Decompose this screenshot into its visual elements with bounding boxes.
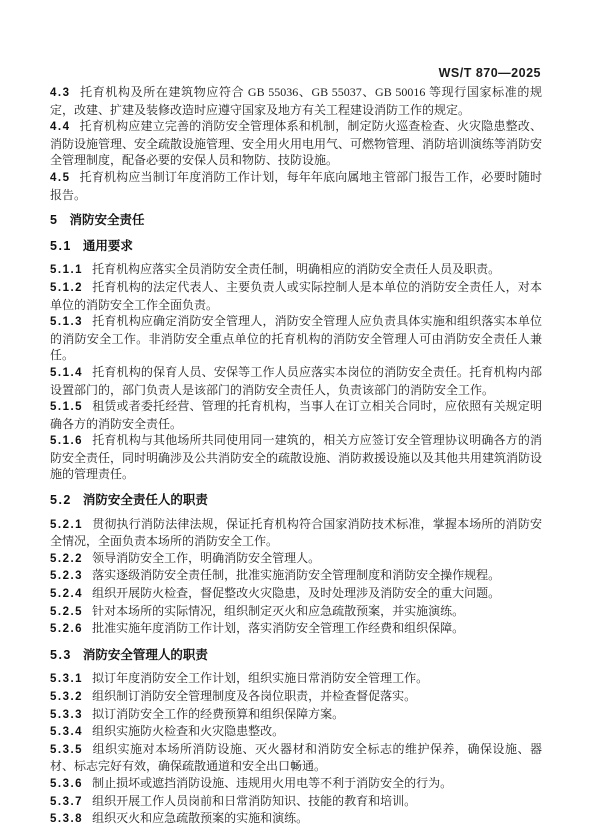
clause-5-3-4: 5.3.4组织实施防火检查和火灾隐患整改。: [50, 723, 542, 741]
clause-text: 托育机构应落实全员消防安全责任制，明确相应的消防安全责任人员及职责。: [92, 262, 500, 276]
clause-text: 拟订消防安全工作的经费预算和组织保障方案。: [92, 707, 344, 721]
clause-number: 5.2.4: [50, 588, 83, 600]
clause-number: 5.3.3: [50, 709, 83, 721]
clause-number: 4.3: [50, 87, 71, 99]
clause-5-1-2: 5.1.2托育机构的法定代表人、主要负责人或实际控制人是本单位的消防安全责任人，…: [50, 279, 542, 313]
clause-5-2-4: 5.2.4组织开展防火检查，督促整改火灾隐患，及时处理涉及消防安全的重大问题。: [50, 585, 542, 603]
clause-text: 组织实施防火检查和火灾隐患整改。: [92, 724, 284, 738]
heading-number: 5.3: [50, 648, 72, 662]
clause-text: 领导消防安全工作，明确消防安全管理人。: [92, 551, 320, 565]
clause-5-3-3: 5.3.3拟订消防安全工作的经费预算和组织保障方案。: [50, 706, 542, 724]
clause-number: 5.3.4: [50, 726, 83, 738]
clause-number: 5.3.5: [50, 744, 83, 756]
clause-text: 落实逐级消防安全责任制，批准实施消防安全管理制度和消防安全操作规程。: [92, 568, 500, 582]
clause-text: 贯彻执行消防法律法规，保证托育机构符合国家消防技术标准，掌握本场所的消防安全情况…: [50, 517, 542, 549]
section-heading-5: 5消防安全责任: [50, 212, 542, 229]
heading-number: 5.2: [50, 493, 72, 507]
page-footer: 2: [0, 756, 591, 774]
clause-text: 托育机构的法定代表人、主要负责人或实际控制人是本单位的消防安全责任人，对本单位的…: [50, 280, 542, 312]
clause-text: 制止损坏或遮挡消防设施、违规用火用电等不利于消防安全的行为。: [92, 776, 452, 790]
clause-5-1-5: 5.1.5租赁或者委托经营、管理的托育机构，当事人在订立相关合同时，应依照有关规…: [50, 398, 542, 432]
clause-4-4: 4.4托育机构应建立完善的消防安全管理体系和机制，制定防火巡查检查、火灾隐患整改…: [50, 118, 542, 169]
clause-text: 托育机构与其他场所共同使用同一建筑的，相关方应签订安全管理协议明确各方的消防安全…: [50, 433, 542, 481]
subsection-heading-5-2: 5.2消防安全责任人的职责: [50, 492, 542, 509]
heading-text: 消防安全管理人的职责: [83, 648, 208, 662]
clause-number: 5.1.1: [50, 264, 83, 276]
subsection-heading-5-1: 5.1通用要求: [50, 238, 542, 255]
clause-text: 针对本场所的实际情况，组织制定灭火和应急疏散预案，并实施演练。: [92, 604, 464, 618]
clause-5-1-6: 5.1.6托育机构与其他场所共同使用同一建筑的，相关方应签订安全管理协议明确各方…: [50, 432, 542, 483]
clause-text: 租赁或者委托经营、管理的托育机构，当事人在订立相关合同时，应依照有关规定明确各方…: [50, 399, 542, 431]
clause-number: 5.1.3: [50, 316, 83, 328]
clause-number: 5.1.6: [50, 435, 83, 447]
heading-text: 通用要求: [83, 239, 133, 253]
heading-text: 消防安全责任人的职责: [83, 493, 208, 507]
clause-number: 5.2.3: [50, 570, 83, 582]
clause-number: 5.1.4: [50, 367, 83, 379]
clause-text: 托育机构应确定消防安全管理人，消防安全管理人应负责具体实施和组织落实本单位的消防…: [50, 314, 542, 362]
heading-number: 5.1: [50, 239, 72, 253]
clause-number: 4.5: [50, 172, 71, 184]
standard-number: WS/T 870—2025: [439, 66, 541, 80]
clause-text: 组织制订消防安全管理制度及各岗位职责，并检查督促落实。: [92, 689, 416, 703]
clause-text: 托育机构应建立完善的消防安全管理体系和机制，制定防火巡查检查、火灾隐患整改、消防…: [50, 119, 542, 167]
clause-4-3: 4.3托育机构及所在建筑物应符合 GB 55036、GB 55037、GB 50…: [50, 84, 542, 118]
clause-4-5: 4.5托育机构应当制订年度消防工作计划，每年年底向属地主管部门报告工作，必要时随…: [50, 169, 542, 203]
clause-5-3-1: 5.3.1拟订年度消防安全工作计划，组织实施日常消防安全管理工作。: [50, 670, 542, 688]
clause-text: 批准实施年度消防工作计划，落实消防安全管理工作经费和组织保障。: [92, 621, 464, 635]
clause-text: 托育机构及所在建筑物应符合 GB 55036、GB 55037、GB 50016…: [50, 85, 542, 117]
clause-5-3-2: 5.3.2组织制订消防安全管理制度及各岗位职责，并检查督促落实。: [50, 688, 542, 706]
page-header: WS/T 870—2025: [50, 64, 541, 82]
clause-text: 拟订年度消防安全工作计划，组织实施日常消防安全管理工作。: [92, 671, 428, 685]
clause-number: 5.2.6: [50, 623, 83, 635]
clause-text: 托育机构的保育人员、安保等工作人员应落实本岗位的消防安全责任。托育机构内部设置部…: [50, 365, 542, 397]
subsection-heading-5-3: 5.3消防安全管理人的职责: [50, 647, 542, 664]
clause-number: 5.3.1: [50, 673, 83, 685]
clause-number: 5.3.7: [50, 796, 83, 808]
heading-number: 5: [50, 213, 58, 227]
page-number: 2: [293, 760, 299, 772]
clause-number: 5.1.5: [50, 401, 83, 413]
clause-number: 5.2.5: [50, 606, 83, 618]
clause-5-1-1: 5.1.1托育机构应落实全员消防安全责任制，明确相应的消防安全责任人员及职责。: [50, 261, 542, 279]
clause-5-2-1: 5.2.1贯彻执行消防法律法规，保证托育机构符合国家消防技术标准，掌握本场所的消…: [50, 516, 542, 550]
clause-text: 托育机构应当制订年度消防工作计划，每年年底向属地主管部门报告工作，必要时随时报告…: [50, 170, 542, 202]
clause-5-3-6: 5.3.6制止损坏或遮挡消防设施、违规用火用电等不利于消防安全的行为。: [50, 775, 542, 793]
clause-5-3-7: 5.3.7组织开展工作人员岗前和日常消防知识、技能的教育和培训。: [50, 793, 542, 811]
clause-number: 5.1.2: [50, 282, 83, 294]
clause-5-1-3: 5.1.3托育机构应确定消防安全管理人，消防安全管理人应负责具体实施和组织落实本…: [50, 313, 542, 364]
clause-number: 5.3.8: [50, 813, 83, 825]
clause-text: 组织开展工作人员岗前和日常消防知识、技能的教育和培训。: [92, 794, 416, 808]
clause-number: 5.3.2: [50, 691, 83, 703]
clause-5-2-2: 5.2.2领导消防安全工作，明确消防安全管理人。: [50, 550, 542, 568]
clause-text: 组织开展防火检查，督促整改火灾隐患，及时处理涉及消防安全的重大问题。: [92, 586, 500, 600]
clause-5-2-6: 5.2.6批准实施年度消防工作计划，落实消防安全管理工作经费和组织保障。: [50, 620, 542, 638]
clause-5-1-4: 5.1.4托育机构的保育人员、安保等工作人员应落实本岗位的消防安全责任。托育机构…: [50, 364, 542, 398]
document-page: WS/T 870—2025 4.3托育机构及所在建筑物应符合 GB 55036、…: [0, 0, 591, 832]
clause-number: 4.4: [50, 121, 71, 133]
document-body: 4.3托育机构及所在建筑物应符合 GB 55036、GB 55037、GB 50…: [50, 84, 542, 828]
clause-number: 5.3.6: [50, 778, 83, 790]
clause-5-2-5: 5.2.5针对本场所的实际情况，组织制定灭火和应急疏散预案，并实施演练。: [50, 603, 542, 621]
clause-number: 5.2.1: [50, 519, 83, 531]
clause-5-2-3: 5.2.3落实逐级消防安全责任制，批准实施消防安全管理制度和消防安全操作规程。: [50, 567, 542, 585]
clause-number: 5.2.2: [50, 553, 83, 565]
clause-text: 组织灭火和应急疏散预案的实施和演练。: [92, 811, 308, 825]
heading-text: 消防安全责任: [69, 213, 144, 227]
clause-5-3-8: 5.3.8组织灭火和应急疏散预案的实施和演练。: [50, 810, 542, 828]
